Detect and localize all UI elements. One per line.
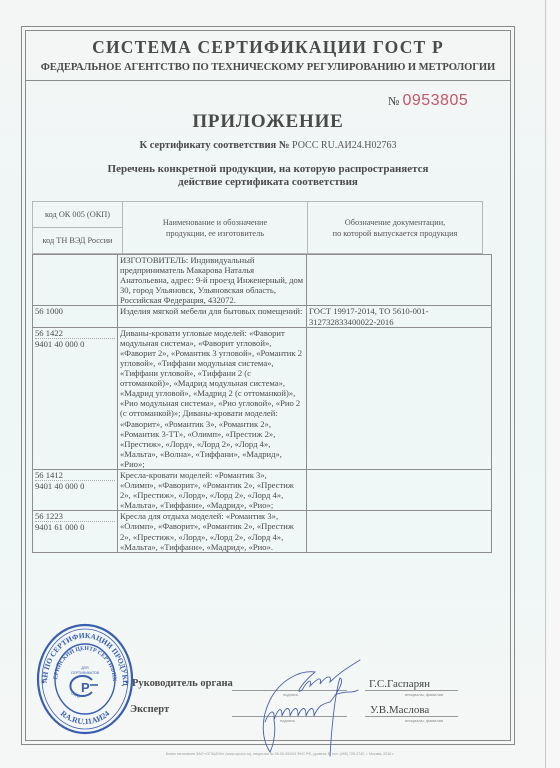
documentation-cell — [307, 469, 492, 510]
expert-name-caption: инициалы, фамилия — [405, 718, 443, 723]
stamp-reg-number: RA.RU.11АИ24 — [59, 709, 112, 726]
header-name-line2: продукции, ее изготовитель — [125, 228, 305, 239]
stamp-center-line2: СЕРТИФИКАТОВ — [71, 671, 100, 675]
header-tnved-code: код ТН ВЭД России — [33, 228, 123, 254]
head-name-caption: инициалы, фамилия — [405, 692, 443, 697]
head-label: Руководитель органа — [132, 678, 233, 689]
form-number: №0953805 — [388, 92, 468, 110]
okp-code: 56 1223 — [35, 511, 115, 521]
okp-code: 56 1000 — [35, 306, 115, 316]
code-cell: 56 1000 — [33, 306, 118, 327]
documentation-cell: ГОСТ 19917-2014, ТО 5610-001-31273283340… — [307, 306, 492, 327]
list-title-line2: действие сертификата соответствия — [25, 176, 511, 189]
header-name-line1: Наименование и обозначение — [125, 217, 305, 228]
code-cell: 56 12239401 61 000 0 — [33, 511, 118, 552]
product-name-cell: Кресла-кровати моделей: «Романтик 3», «О… — [118, 469, 307, 510]
table-header: код ОК 005 (ОКП) Наименование и обозначе… — [32, 201, 483, 254]
page-edge — [545, 0, 546, 768]
list-title: Перечень конкретной продукции, на котору… — [25, 163, 511, 189]
table-row: ИЗГОТОВИТЕЛЬ: Индивидуальный предпринима… — [33, 255, 492, 306]
documentation-cell — [307, 327, 492, 469]
header-doc-line1: Обозначение документации, — [310, 217, 480, 228]
table-row: 56 12239401 61 000 0Кресла для отдыха мо… — [33, 511, 492, 552]
certificate-number: РОСС RU.АИ24.Н02763 — [292, 140, 396, 151]
product-name-cell: Изделия мягкой мебели для бытовых помеще… — [118, 306, 307, 327]
handwritten-signatures — [240, 650, 380, 760]
agency-title: ФЕДЕРАЛЬНОЕ АГЕНТСТВО ПО ТЕХНИЧЕСКОМУ РЕ… — [25, 62, 511, 73]
certification-stamp: ОРГАН ПО СЕРТИФИКАЦИИ ПРОДУКЦИИ КИММЕРИЙ… — [35, 622, 135, 737]
table-row: 56 14229401 40 000 0Диваны-кровати углов… — [33, 327, 492, 469]
stamp-center-line1: ДЛЯ — [81, 666, 89, 670]
table-row: 56 1000Изделия мягкой мебели для бытовых… — [33, 306, 492, 327]
expert-label: Эксперт — [130, 704, 169, 715]
documentation-cell — [307, 511, 492, 552]
number-sign: № — [388, 94, 399, 108]
okp-code: 56 1422 — [35, 328, 115, 338]
rst-logo-icon: P — [70, 676, 98, 696]
header-okp-code: код ОК 005 (ОКП) — [33, 202, 123, 228]
okp-code: 56 1412 — [35, 470, 115, 480]
certificate-prefix: К сертификату соответствия № — [140, 140, 290, 151]
table-row: 56 14129401 40 000 0Кресла-кровати модел… — [33, 469, 492, 510]
footer-fine-print: Бланк изготовлен ЗАО «ОПЦИОН» (www.opcio… — [120, 752, 440, 756]
product-name-cell: Кресла для отдыха моделей: «Романтик 3»,… — [118, 511, 307, 552]
certificate-reference: К сертификату соответствия № РОСС RU.АИ2… — [25, 140, 511, 151]
document-title: ПРИЛОЖЕНИЕ — [25, 111, 511, 133]
svg-text:P: P — [81, 680, 90, 695]
code-cell: 56 14129401 40 000 0 — [33, 469, 118, 510]
header-product-name: Наименование и обозначение продукции, ее… — [123, 202, 308, 254]
product-name-cell: ИЗГОТОВИТЕЛЬ: Индивидуальный предпринима… — [118, 255, 307, 306]
code-cell — [33, 255, 118, 306]
header-documentation: Обозначение документации, по которой вып… — [308, 202, 483, 254]
code-cell: 56 14229401 40 000 0 — [33, 327, 118, 469]
tnved-code: 9401 61 000 0 — [35, 521, 115, 532]
documentation-cell — [307, 255, 492, 306]
form-number-value: 0953805 — [402, 92, 468, 109]
tnved-code: 9401 40 000 0 — [35, 338, 115, 349]
header-divider — [25, 80, 511, 81]
header-doc-line2: по которой выпускается продукция — [310, 228, 480, 239]
tnved-code: 9401 40 000 0 — [35, 480, 115, 491]
system-title: СИСТЕМА СЕРТИФИКАЦИИ ГОСТ Р — [25, 37, 511, 58]
product-name-cell: Диваны-кровати угловые моделей: «Фаворит… — [118, 327, 307, 469]
product-table: ИЗГОТОВИТЕЛЬ: Индивидуальный предпринима… — [32, 254, 492, 553]
svg-text:RA.RU.11АИ24: RA.RU.11АИ24 — [59, 709, 112, 726]
list-title-line1: Перечень конкретной продукции, на котору… — [25, 163, 511, 176]
